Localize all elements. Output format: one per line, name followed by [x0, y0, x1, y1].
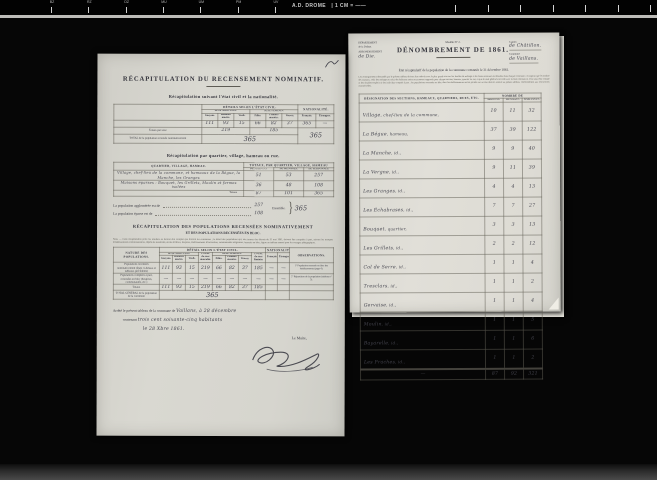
table-row: La Manche, id., 9 9 40: [359, 140, 541, 160]
value-cell: —: [172, 274, 185, 285]
cell-menages: 48: [274, 181, 304, 191]
table-row: Bouquet, quartier, 3 3 13: [360, 216, 542, 236]
totals-label: Totaux: [114, 190, 244, 196]
table-row: Maisons éparses : Bouquet, les Grillets,…: [114, 180, 334, 190]
menages-cell: 1: [504, 349, 523, 369]
menages-cell: 1: [504, 273, 523, 292]
page-title: DÉNOMBREMENT DE 1861.: [397, 46, 509, 55]
habitants-cell: 4: [523, 292, 542, 311]
value-cell: —: [225, 274, 238, 285]
maisons-cell: 10: [484, 102, 503, 121]
total-nationalite: 365: [298, 127, 334, 143]
value-cell: 37: [238, 263, 251, 274]
menages-cell: 11: [503, 159, 522, 178]
arrondissement-value: de Die.: [358, 54, 397, 60]
table-row: Col de Serre, id., 1 1 4: [360, 254, 542, 274]
closing-statement: Arrêté le présent tableau de la commune …: [113, 308, 333, 335]
pop-eparse-label: La population éparse est de: [113, 211, 152, 215]
label-total-population: TOTAL de la population recensée nominati…: [114, 134, 202, 143]
total-menages: 101: [274, 190, 304, 196]
closing-commune-date: Vaillans, à 28 décembre: [176, 309, 236, 314]
francais-cell: —: [265, 263, 277, 274]
table-row: Gervaise, id., 1 1 4: [360, 292, 542, 312]
page-subtitle: État récapitulatif de la population de l…: [358, 67, 549, 72]
cell-hommes-maries: 93: [218, 120, 234, 127]
maisons-cell: 1: [485, 330, 504, 349]
francais-cell: —: [265, 274, 277, 285]
value-cell: 66: [212, 263, 225, 274]
table-row: Bayarelle, id., 1 1 6: [360, 330, 542, 350]
tick-mark: [553, 5, 554, 12]
curly-brace: }: [289, 201, 294, 215]
scanned-document-view: BZ RZ DZ MU UM PM UV A.D. DROME | 1 CM =…: [0, 0, 657, 480]
ruler-tick: BZ: [48, 0, 56, 15]
tick-mark: [455, 5, 456, 12]
total-maisons: 87: [486, 369, 505, 380]
menages-cell: 1: [504, 311, 523, 330]
section3-title-line1: RÉCAPITULATION DES POPULATIONS RECENSÉES…: [113, 223, 333, 229]
habitants-cell: 6: [523, 330, 542, 349]
group-nationalite-header: NATIONALITÉ.: [265, 247, 289, 252]
total-general-label: TOTAL GÉNÉRAL de la population de la com…: [113, 290, 159, 299]
value-cell: 219: [198, 263, 212, 274]
place-name-cell: Tresclars, id.,: [360, 273, 485, 293]
col-habitants-header: HABITANTS.: [522, 98, 541, 102]
closing-habitants-count: trois cent soixante-cinq habitants: [138, 318, 223, 323]
section3-title-line2: ET DES POPULATIONS RECENSÉES EN BLOC.: [113, 230, 333, 235]
scanner-bed-edge: [0, 15, 657, 18]
etrangers-cell: —: [277, 263, 289, 274]
menages-cell: 7: [504, 197, 523, 216]
habitants-cell: 5: [523, 311, 542, 330]
lieu-epars: Maisons éparses : Bouquet, les Grillets,…: [114, 180, 244, 190]
tick-mark: [585, 5, 586, 12]
cell-personnes: 108: [304, 181, 334, 191]
closing-printed-1: Arrêté le présent tableau de la commune …: [113, 309, 175, 313]
cell-menages: 53: [274, 171, 304, 181]
col-femmes-mariees: Femmes mariées.: [225, 256, 238, 263]
maisons-cell: 1: [485, 273, 504, 292]
title-rule: [206, 86, 240, 87]
canton-commune-block: Canton de Châtillon. Commune de Vaillans…: [509, 41, 549, 64]
table-row: Village, chef-lieu de la commune, 10 11 …: [359, 102, 541, 122]
place-name-cell: La Manche, id.,: [359, 140, 484, 160]
cell-filles: 66: [250, 120, 266, 127]
cell-maisons: 36: [244, 181, 274, 191]
total-general-value: 365: [159, 291, 265, 300]
table-row: Tresclars, id., 1 1 2: [360, 273, 542, 293]
census-page-recapitulation: RÉCAPITULATION DU RECENSEMENT NOMINATIF.…: [97, 54, 346, 437]
col-lieu-header: QUARTIER, VILLAGE, HAMEAU.: [114, 162, 244, 171]
habitants-cell: 122: [522, 121, 541, 140]
group-nationalite: NATIONALITÉ.: [298, 105, 334, 114]
totals-dash: —: [361, 369, 486, 380]
place-name-cell: Les Échabrases, id.,: [360, 197, 485, 217]
total-menages: 92: [505, 369, 524, 380]
place-name-cell: La Vergne, id.,: [359, 159, 484, 179]
col-total-feminin: TOTAL du sexe féminin.: [251, 252, 265, 263]
maisons-cell: 7: [485, 197, 504, 216]
archive-scale-label: A.D. DROME | 1 CM = ——: [292, 3, 366, 9]
maisons-cell: 1: [485, 349, 504, 369]
cell-francais: 365: [298, 120, 316, 127]
value-cell: 93: [172, 263, 185, 274]
scanner-bed-bottom: [0, 464, 657, 480]
cell-veuves: 37: [282, 120, 298, 127]
table-row: Les Échabrases, id., 7 7 27: [360, 197, 542, 217]
cell-garcons: 111: [202, 120, 218, 127]
tick-mark: [618, 5, 619, 12]
place-name-cell: Col de Serre, id.,: [360, 254, 485, 274]
total-maisons: 87: [244, 190, 274, 196]
table-row: Populations recensées nominativement (ét…: [113, 262, 333, 274]
ruler-plain-ticks: [455, 0, 651, 15]
table-row: Populations comptées à part, recensées e…: [113, 273, 333, 285]
cell-femmes-mariees: 82: [266, 120, 282, 127]
habitants-cell: 39: [522, 159, 541, 178]
place-name-cell: Les Granges, id.,: [360, 178, 485, 198]
menages-cell: 9: [503, 140, 522, 159]
empty-cell: [289, 291, 333, 300]
col-etrangers: Étrangers.: [277, 252, 289, 263]
cell-maisons: 51: [244, 171, 274, 181]
section2-title: Récapitulation par quartier, village, ha…: [113, 152, 333, 158]
menages-cell: 3: [504, 216, 523, 235]
menages-cell: 1: [504, 254, 523, 273]
dotted-leader: [163, 202, 251, 207]
total-personnes: 365: [304, 190, 334, 196]
menages-cell: 2: [504, 235, 523, 254]
place-name-cell: Gervaise, id.,: [360, 292, 485, 312]
observation-cell: 2° Répartition de la population (tableau…: [289, 274, 333, 285]
maisons-cell: 2: [485, 235, 504, 254]
table-row: Village, chef-lieu de la commune, et ham…: [114, 171, 334, 181]
pen-check-mark: [323, 58, 339, 70]
pop-eparse-value: 108: [254, 211, 263, 216]
place-name-cell: La Bégue, hameau,: [359, 121, 484, 141]
measurement-ruler: BZ RZ DZ MU UM PM UV A.D. DROME | 1 CM =…: [0, 0, 657, 15]
maisons-cell: 3: [485, 216, 504, 235]
col-nature-header: NATURE DES POPULATIONS.: [113, 247, 159, 263]
population-summary: La population agglomérée est de 257 La p…: [113, 202, 313, 216]
value-cell: 15: [185, 263, 198, 274]
table-row: Les Grillets, id., 2 2 12: [360, 235, 542, 255]
ruler-labeled-ticks: BZ RZ DZ MU UM PM UV: [48, 0, 280, 15]
habitants-cell: 4: [523, 254, 542, 273]
etat-civil-table: DÉTAILS SELON L'ÉTAT CIVIL. NATIONALITÉ.…: [113, 104, 334, 144]
habitants-cell: 2: [523, 349, 542, 369]
habitants-cell: 13: [523, 178, 542, 197]
value-cell: —: [159, 274, 172, 285]
habitants-cell: 32: [522, 102, 541, 121]
cell-veufs: 15: [234, 120, 250, 127]
place-name-cell: Les Fraches, id.,: [360, 349, 485, 369]
tick-mark: [520, 5, 521, 12]
habitants-cell: 2: [523, 273, 542, 292]
habitants-cell: 27: [523, 197, 542, 216]
value-cell: 111: [159, 262, 172, 273]
ensemble-total: Ensemble. } 365: [272, 201, 307, 215]
table-row: Les Granges, id., 4 4 13: [360, 178, 542, 198]
canton-value: de Châtillon.: [509, 44, 541, 51]
habitants-cell: 13: [523, 216, 542, 235]
maisons-cell: 1: [485, 292, 504, 311]
col-observations-header: OBSERVATIONS.: [289, 247, 333, 263]
scale-text: | 1 CM = ——: [331, 3, 366, 9]
lieu-agglomere: Village, chef-lieu de la commune, et ham…: [114, 171, 244, 181]
page-corner-fold: [549, 297, 559, 309]
value-cell: —: [212, 274, 225, 285]
table-row: Les Fraches, id., 1 1 2: [360, 349, 542, 369]
value-cell: 82: [225, 263, 238, 274]
totals-row: — 87 92 321: [361, 368, 543, 379]
menages-cell: 39: [503, 121, 522, 140]
quartier-table: QUARTIER, VILLAGE, HAMEAU. TOTAUX, PAR Q…: [113, 161, 334, 197]
maisons-cell: 4: [485, 178, 504, 197]
form-model-label: Modèle N° 2.: [397, 41, 509, 45]
ruler-tick: UV: [272, 0, 280, 15]
value-cell: —: [251, 274, 265, 285]
closing-printed-2: contenant: [123, 318, 137, 322]
cell-personnes: 257: [304, 171, 334, 181]
value-cell: —: [198, 274, 212, 285]
instructions-paragraph: Les renseignements demandés par le prése…: [358, 75, 549, 88]
place-name-cell: Bayarelle, id.,: [360, 330, 485, 350]
nota-paragraph: Nota. — Cette récapitulation porte les r…: [113, 237, 333, 244]
departement-value: de la Drôme.: [358, 45, 397, 49]
hamlet-population-table: DÉSIGNATION DES SECTIONS, HAMEAUX, QUART…: [359, 93, 544, 381]
census-page-denombrement: DÉPARTEMENT de la Drôme. ARRONDISSEMENT …: [348, 32, 560, 312]
ruler-tick: DZ: [123, 0, 131, 15]
ruler-tick: RZ: [85, 0, 93, 15]
col-menages-header: MÉNAGES.: [503, 98, 522, 102]
habitants-cell: 40: [522, 140, 541, 159]
total-habitants: 321: [524, 368, 543, 379]
nature-label-cell: Populations comptées à part, recensées e…: [113, 273, 159, 284]
col-hommes-maries: Hommes mariés.: [172, 256, 185, 263]
value-cell: —: [238, 274, 251, 285]
maisons-cell: 37: [484, 121, 503, 140]
table-row: Moulin, id., 1 1 5: [360, 311, 542, 331]
totals-row: Totaux 87 101 365: [114, 190, 334, 197]
section1-subtitle: Récapitulation suivant l'état civil et l…: [113, 94, 333, 100]
closing-date-line: le 28 Xbre 1861.: [143, 326, 185, 331]
mayor-signature: [247, 340, 325, 374]
group-totaux-header: TOTAUX, PAR QUARTIER, VILLAGE, HAMEAU: [244, 162, 334, 167]
place-name-cell: Village, chef-lieu de la commune,: [359, 102, 484, 122]
ensemble-value: 365: [295, 204, 307, 212]
habitants-cell: 12: [523, 235, 542, 254]
ruler-tick: UM: [197, 0, 205, 15]
observation-cell: 1° Population recensée en bloc des établ…: [289, 263, 333, 274]
archive-name: A.D. DROME: [292, 3, 326, 9]
recapitulation-table: NATURE DES POPULATIONS. DÉTAIL SELON L'É…: [113, 246, 334, 300]
total-general-row: TOTAL GÉNÉRAL de la population de la com…: [113, 290, 333, 300]
place-name-cell: Bouquet, quartier,: [360, 216, 485, 236]
ruler-tick: PM: [235, 0, 243, 15]
etrangers-cell: —: [277, 274, 289, 285]
col-total-masculin: TOTAL du sexe masculin.: [198, 252, 212, 263]
ruler-tick: MU: [160, 0, 168, 15]
maisons-cell: 1: [485, 311, 504, 330]
tick-mark: [650, 5, 651, 12]
pop-agglomeree-label: La population agglomérée est de: [113, 203, 160, 207]
title-rule: [436, 57, 470, 58]
menages-cell: 1: [504, 330, 523, 349]
table-row: La Bégue, hameau, 37 39 122: [359, 121, 541, 141]
margin-department-block: DÉPARTEMENT de la Drôme. ARRONDISSEMENT …: [358, 41, 397, 64]
empty-cell: [265, 291, 289, 300]
menages-cell: 11: [503, 102, 522, 121]
table-row: La Vergne, id., 9 11 39: [359, 159, 541, 179]
dotted-leader: [155, 210, 251, 215]
place-name-cell: Moulin, id.,: [360, 311, 485, 331]
total-population: 365: [202, 134, 298, 143]
tick-mark: [488, 5, 489, 12]
page-title: RÉCAPITULATION DU RECENSEMENT NOMINATIF.: [113, 76, 333, 84]
value-cell: 185: [251, 263, 265, 274]
place-name-cell: Les Grillets, id.,: [360, 235, 485, 255]
cell-etrangers: —: [316, 120, 334, 127]
pop-agglomeree-value: 257: [254, 203, 263, 208]
menages-cell: 4: [504, 178, 523, 197]
value-cell: —: [185, 274, 198, 285]
maisons-cell: 1: [485, 254, 504, 273]
commune-value: de Vaillans.: [509, 56, 538, 63]
ensemble-label: Ensemble.: [272, 206, 285, 210]
maisons-cell: 9: [484, 159, 503, 178]
nature-label-cell: Populations recensées nominativement (ét…: [113, 262, 159, 273]
col-francais: Français.: [265, 252, 277, 263]
maisons-cell: 9: [484, 140, 503, 159]
menages-cell: 1: [504, 292, 523, 311]
